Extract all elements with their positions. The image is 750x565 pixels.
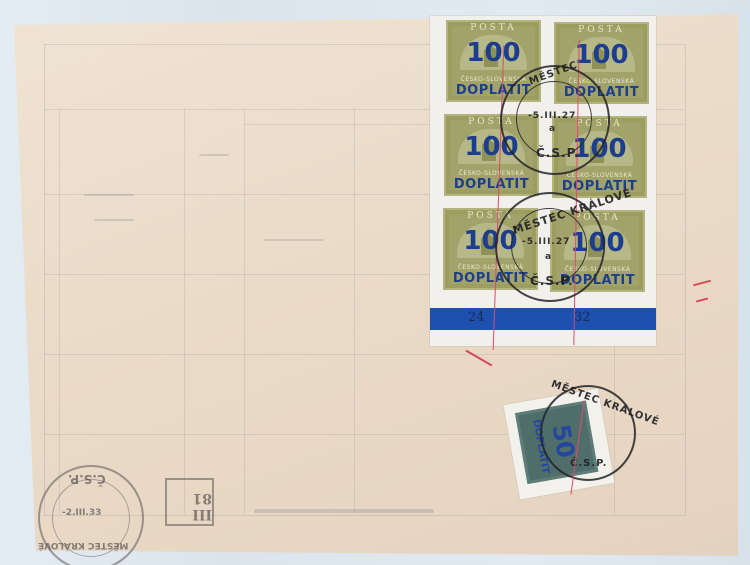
form-rule bbox=[44, 354, 684, 355]
postmark-lower-letter: a bbox=[545, 252, 552, 262]
form-rule bbox=[184, 109, 185, 514]
postmark-upper-date: -5.III.27 bbox=[528, 111, 576, 121]
selvage-number-left: 24 bbox=[468, 310, 485, 325]
postmark-upper-country: Č.S.P. bbox=[536, 146, 580, 160]
form-rule bbox=[354, 109, 355, 514]
stamp-country: ČESKO-SLOVENSKÁ bbox=[444, 170, 539, 177]
selvage-strip: 24 32 bbox=[430, 308, 656, 330]
postmark-bottom-left-town: MĚSTEC KRÁLOVÉ bbox=[38, 540, 128, 550]
postmark-lower-date: -5.III.27 bbox=[522, 237, 570, 247]
postmark-lower-country: Č.S.P. bbox=[530, 274, 574, 288]
faded-handwriting bbox=[254, 509, 434, 513]
faded-handwriting bbox=[199, 154, 229, 156]
postmark-upper-letter: a bbox=[549, 124, 556, 134]
postmark-bottom-left-country: Č.S.P. bbox=[68, 472, 106, 486]
form-rule bbox=[244, 109, 245, 514]
faded-handwriting bbox=[94, 219, 134, 221]
box-handstamp: III 81 bbox=[165, 478, 214, 526]
faded-handwriting bbox=[84, 194, 134, 196]
stamp-header: POSTA bbox=[446, 23, 541, 33]
selvage-number-right: 32 bbox=[574, 310, 591, 325]
stamp-overprint: DOPLATIT bbox=[552, 179, 647, 194]
faded-handwriting bbox=[264, 239, 324, 241]
postmark-bottom-left-date: -2.III.33 bbox=[62, 508, 101, 518]
stamp-overprint: DOPLATIT bbox=[444, 177, 539, 192]
stamp-value: 100 bbox=[446, 38, 541, 68]
stamp-header: POSTA bbox=[554, 25, 649, 35]
form-rule bbox=[59, 109, 60, 514]
box-handstamp-text: III 81 bbox=[171, 490, 212, 522]
